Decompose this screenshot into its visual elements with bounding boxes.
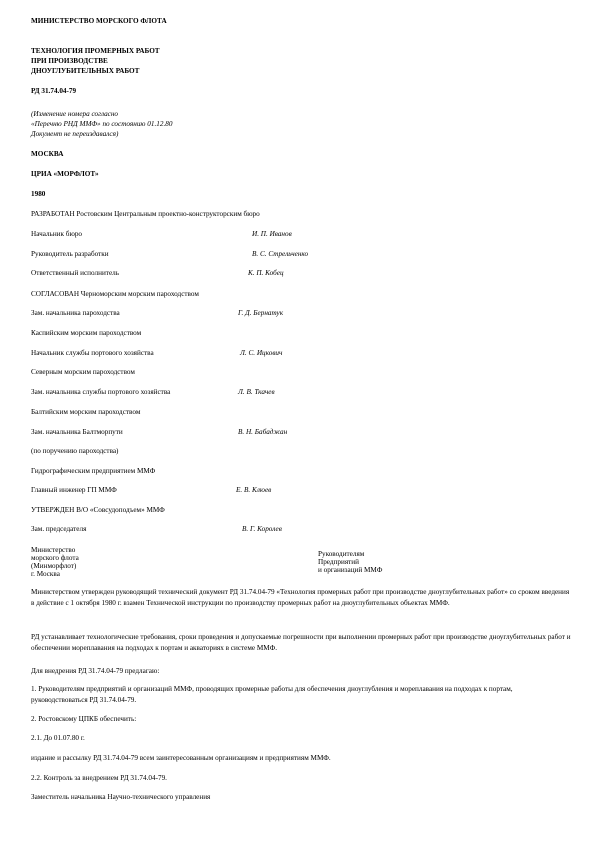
body-paragraph-5: 2. Ростовскому ЦПКБ обеспечить: [31,714,571,725]
developed-label: РАЗРАБОТАН Ростовским Центральным проект… [31,210,260,219]
title-line-1: ТЕХНОЛОГИЯ ПРОМЕРНЫХ РАБОТ [31,47,160,56]
approved-label: УТВЕРЖДЕН В/О «Совсудоподъем» ММФ [31,506,165,515]
note-line-1: (Изменение номера согласно [31,110,118,119]
baltic-label: Балтийским морским пароходством [31,408,140,417]
agreed-role-3: Зам. начальника службы портового хозяйст… [31,388,170,397]
approved-name: В. Г. Королев [242,525,282,534]
hydro-label: Гидрографическим предприятием ММФ [31,467,155,476]
note-line-2: «Перечню РНД ММФ» по состоянию 01.12.80 [31,120,172,129]
body-paragraph-3: Для внедрения РД 31.74.04-79 предлагаю: [31,666,571,677]
publisher: ЦРИА «МОРФЛОТ» [31,170,99,179]
agreed-name-5: Е. В. Клюев [236,486,271,495]
agreed-role-2: Начальник службы портового хозяйства [31,349,154,358]
title-line-2: ПРИ ПРОИЗВОДСТВЕ [31,57,108,66]
agreed-role-1: Зам. начальника пароходства [31,309,120,318]
approved-role: Зам. председателя [31,525,86,534]
agreed-role-4: Зам. начальника Балтморпути [31,428,123,437]
year: 1980 [31,190,45,199]
northern-label: Северным морским пароходством [31,368,135,377]
developed-role-2: Руководитель разработки [31,250,109,259]
body-paragraph-2: РД устанавливает технологические требова… [31,632,571,654]
doc-code: РД 31.74.04-79 [31,87,76,96]
city: МОСКВА [31,150,63,159]
body-paragraph-1: Министерством утвержден руководящий техн… [31,587,571,609]
body-paragraph-9: Заместитель начальника Научно-техническо… [31,792,571,803]
agreed-name-1: Г. Д. Бернатук [238,309,283,318]
body-paragraph-7: издание и рассылку РД 31.74.04-79 всем з… [31,753,571,764]
body-paragraph-6: 2.1. До 01.07.80 г. [31,733,571,744]
agreed-name-2: Л. С. Ицкович [240,349,282,358]
body-paragraph-8: 2.2. Контроль за внедрением РД 31.74.04-… [31,773,571,784]
developed-role-1: Начальник бюро [31,230,82,239]
developed-name-2: В. С. Стрельченко [252,250,308,259]
developed-name-3: К. П. Кобец [248,269,284,278]
developed-name-1: И. П. Иванов [252,230,292,239]
by-order-note: (по поручению пароходства) [31,447,118,456]
ministry-heading: МИНИСТЕРСТВО МОРСКОГО ФЛОТА [31,17,167,26]
agreed-name-4: В. Н. Бабаджан [238,428,287,437]
caspian-label: Каспийским морским пароходством [31,329,141,338]
agreed-label: СОГЛАСОВАН Черноморским морским пароходс… [31,290,199,299]
body-paragraph-4: 1. Руководителям предприятий и организац… [31,684,571,706]
agreed-role-5: Главный инженер ГП ММФ [31,486,117,495]
address-right-3: и организаций ММФ [318,566,382,575]
title-line-3: ДНОУГЛУБИТЕЛЬНЫХ РАБОТ [31,67,139,76]
developed-role-3: Ответственный исполнитель [31,269,119,278]
note-line-3: Документ не переиздавался) [31,130,118,139]
agreed-name-3: Л. В. Ткачев [238,388,275,397]
address-left-4: г. Москва [31,570,60,579]
